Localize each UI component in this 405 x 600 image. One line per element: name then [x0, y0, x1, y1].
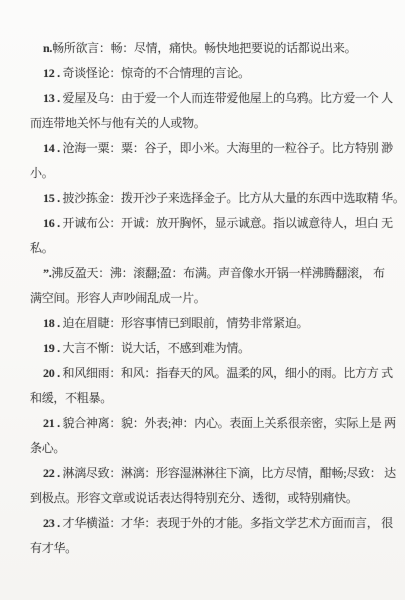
line-text: 到极点。形容文章或说话表达得特别充分、透彻，或特别痛快。 — [30, 491, 358, 505]
text-line: 条心。 — [30, 436, 399, 461]
text-line: ”.沸反盈天：沸：滚翻;盈：布满。声音像水开锅一样沸腾翻滚， 布 — [30, 261, 399, 286]
text-line: 22 . 淋漓尽致：淋漓：形容湿淋淋往下滴，比方尽情，酣畅;尽致： 达 — [30, 461, 399, 486]
entry-number: 12 . — [43, 66, 63, 80]
line-text: 小。 — [30, 166, 53, 180]
text-line: 23 . 才华横溢：才华：表现于外的才能。多指文学艺术方面而言， 很 — [30, 511, 399, 536]
line-text: 奇谈怪论：惊奇的不合情理的言论。 — [63, 66, 250, 80]
line-text: 貌合神离：貌：外表;神：内心。表面上关系很亲密，实际上是 两 — [63, 416, 396, 430]
text-line: 21 . 貌合神离：貌：外表;神：内心。表面上关系很亲密，实际上是 两 — [30, 411, 399, 436]
entry-number: 13 . — [43, 91, 63, 105]
line-text: 畅所欲言：畅：尽情，痛快。畅快地把要说的话都说出来。 — [52, 41, 356, 55]
line-text: 爱屋及乌：由于爱一个人而连带爱他屋上的乌鸦。比方爱一个 人 — [63, 91, 393, 105]
text-line: 和缓，不粗暴。 — [30, 386, 399, 411]
entry-number: 16 . — [43, 216, 63, 230]
line-text: 有才华。 — [30, 541, 77, 555]
text-line: 16 . 开诚布公：开诚：放开胸怀，显示诚意。指以诚意待人，坦白 无 — [30, 211, 399, 236]
text-line: 20 . 和风细雨：和风：指春天的风。温柔的风，细小的雨。比方方 式 — [30, 361, 399, 386]
line-text: 沧海一粟：粟：谷子，即小米。大海里的一粒谷子。比方特别 渺 — [63, 141, 393, 155]
entry-number: 21 . — [43, 416, 63, 430]
entry-number: 20 . — [43, 366, 63, 380]
text-line: n.畅所欲言：畅：尽情，痛快。畅快地把要说的话都说出来。 — [30, 36, 399, 61]
line-text: 大言不惭：说大话，不感到难为情。 — [63, 341, 250, 355]
line-text: 和缓，不粗暴。 — [30, 391, 112, 405]
entry-number: 23 . — [43, 516, 63, 530]
entry-number: 19 . — [43, 341, 63, 355]
text-line: 12 . 奇谈怪论：惊奇的不合情理的言论。 — [30, 61, 399, 86]
text-line: 而连带地关怀与他有关的人或物。 — [30, 111, 399, 136]
entry-number: 22 . — [43, 466, 63, 480]
line-text: 披沙拣金：拨开沙子来选择金子。比方从大量的东西中选取精 华。 — [63, 191, 405, 205]
line-text: 淋漓尽致：淋漓：形容湿淋淋往下滴，比方尽情，酣畅;尽致： 达 — [63, 466, 396, 480]
text-line: 有才华。 — [30, 536, 399, 561]
text-block: n.畅所欲言：畅：尽情，痛快。畅快地把要说的话都说出来。12 . 奇谈怪论：惊奇… — [0, 0, 405, 561]
text-line: 满空间。形容人声吵闹乱成一片。 — [30, 286, 399, 311]
document-page: n.畅所欲言：畅：尽情，痛快。畅快地把要说的话都说出来。12 . 奇谈怪论：惊奇… — [0, 0, 405, 600]
entry-number: 14 . — [43, 141, 63, 155]
text-line: 到极点。形容文章或说话表达得特别充分、透彻，或特别痛快。 — [30, 486, 399, 511]
text-line: 小。 — [30, 161, 399, 186]
text-line: 15 . 披沙拣金：拨开沙子来选择金子。比方从大量的东西中选取精 华。 — [30, 186, 399, 211]
line-text: 迫在眉睫：形容事情已到眼前，情势非常紧迫。 — [63, 316, 309, 330]
text-line: 13 . 爱屋及乌：由于爱一个人而连带爱他屋上的乌鸦。比方爱一个 人 — [30, 86, 399, 111]
line-text: 开诚布公：开诚：放开胸怀，显示诚意。指以诚意待人，坦白 无 — [63, 216, 393, 230]
entry-number: 15 . — [43, 191, 63, 205]
text-line: 14 . 沧海一粟：粟：谷子，即小米。大海里的一粒谷子。比方特别 渺 — [30, 136, 399, 161]
line-text: 条心。 — [30, 441, 65, 455]
entry-number: n. — [43, 41, 52, 55]
line-text: 沸反盈天：沸：滚翻;盈：布满。声音像水开锅一样沸腾翻滚， 布 — [51, 266, 384, 280]
text-line: 18 . 迫在眉睫：形容事情已到眼前，情势非常紧迫。 — [30, 311, 399, 336]
text-line: 私。 — [30, 236, 399, 261]
line-text: 而连带地关怀与他有关的人或物。 — [30, 116, 206, 130]
line-text: 私。 — [30, 241, 53, 255]
line-text: 满空间。形容人声吵闹乱成一片。 — [30, 291, 206, 305]
entry-number: 18 . — [43, 316, 63, 330]
text-line: 19 . 大言不惭：说大话，不感到难为情。 — [30, 336, 399, 361]
line-text: 才华横溢：才华：表现于外的才能。多指文学艺术方面而言， 很 — [63, 516, 393, 530]
line-text: 和风细雨：和风：指春天的风。温柔的风，细小的雨。比方方 式 — [63, 366, 393, 380]
